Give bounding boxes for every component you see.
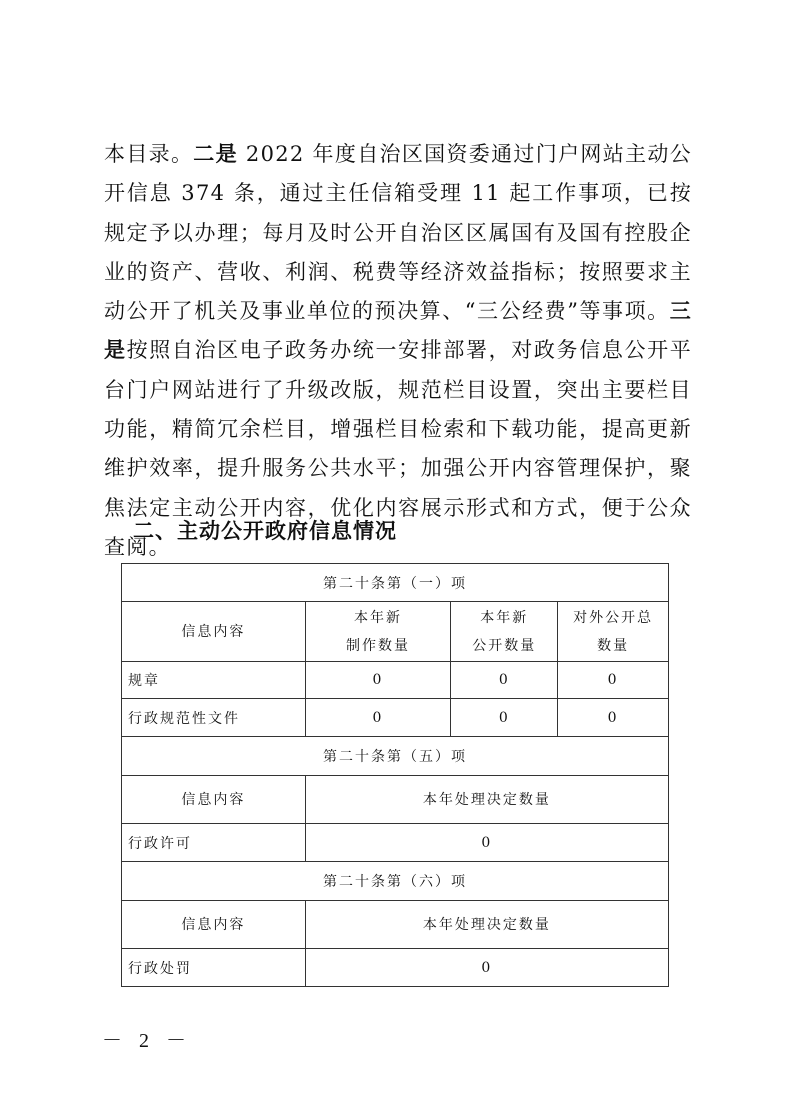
header-decision-count: 本年处理决定数量	[305, 776, 668, 824]
cell-value: 0	[305, 699, 451, 737]
header-row: 信息内容 本年处理决定数量	[122, 901, 669, 949]
text-fragment: 本目录。	[104, 142, 193, 166]
header-line: 本年新	[306, 604, 451, 632]
bold-marker: 二是	[193, 142, 238, 166]
section-title-row: 第二十条第（一）项	[122, 564, 669, 602]
header-row: 信息内容 本年新制作数量 本年新公开数量 对外公开总数量	[122, 602, 669, 662]
row-label: 行政规范性文件	[122, 699, 306, 737]
cell-value: 0	[451, 699, 558, 737]
section-title: 第二十条第（六）项	[122, 862, 669, 901]
header-line: 本年新	[451, 604, 557, 632]
header-line: 对外公开总	[558, 604, 668, 632]
header-new-published: 本年新公开数量	[451, 602, 558, 662]
table-row: 规章 0 0 0	[122, 662, 669, 699]
row-label: 行政处罚	[122, 949, 306, 987]
header-total-published: 对外公开总数量	[558, 602, 669, 662]
header-new-made: 本年新制作数量	[305, 602, 451, 662]
header-row: 信息内容 本年处理决定数量	[122, 776, 669, 824]
header-info-content: 信息内容	[122, 901, 306, 949]
cell-value: 0	[451, 662, 558, 699]
section-heading: 二、主动公开政府信息情况	[133, 515, 397, 545]
table-row: 行政许可 0	[122, 824, 669, 862]
cell-value: 0	[558, 699, 669, 737]
section-title-row: 第二十条第（五）项	[122, 737, 669, 776]
section-title: 第二十条第（一）项	[122, 564, 669, 602]
page-number: － 2 －	[102, 1024, 192, 1053]
header-line: 公开数量	[451, 632, 557, 660]
section-title: 第二十条第（五）项	[122, 737, 669, 776]
table-row: 行政处罚 0	[122, 949, 669, 987]
cell-value: 0	[305, 662, 451, 699]
header-info-content: 信息内容	[122, 776, 306, 824]
section-title-row: 第二十条第（六）项	[122, 862, 669, 901]
disclosure-table: 第二十条第（一）项 信息内容 本年新制作数量 本年新公开数量 对外公开总数量 规…	[121, 563, 669, 987]
cell-value: 0	[558, 662, 669, 699]
header-decision-count: 本年处理决定数量	[305, 901, 668, 949]
cell-value: 0	[305, 824, 668, 862]
row-label: 行政许可	[122, 824, 306, 862]
table-row: 行政规范性文件 0 0 0	[122, 699, 669, 737]
header-line: 制作数量	[306, 632, 451, 660]
header-line: 数量	[558, 632, 668, 660]
text-fragment: 2022 年度自治区国资委通过门户网站主动公开信息 374 条，通过主任信箱受理…	[104, 142, 692, 323]
header-info-content: 信息内容	[122, 602, 306, 662]
row-label: 规章	[122, 662, 306, 699]
cell-value: 0	[305, 949, 668, 987]
body-paragraph: 本目录。二是 2022 年度自治区国资委通过门户网站主动公开信息 374 条，通…	[104, 135, 692, 567]
